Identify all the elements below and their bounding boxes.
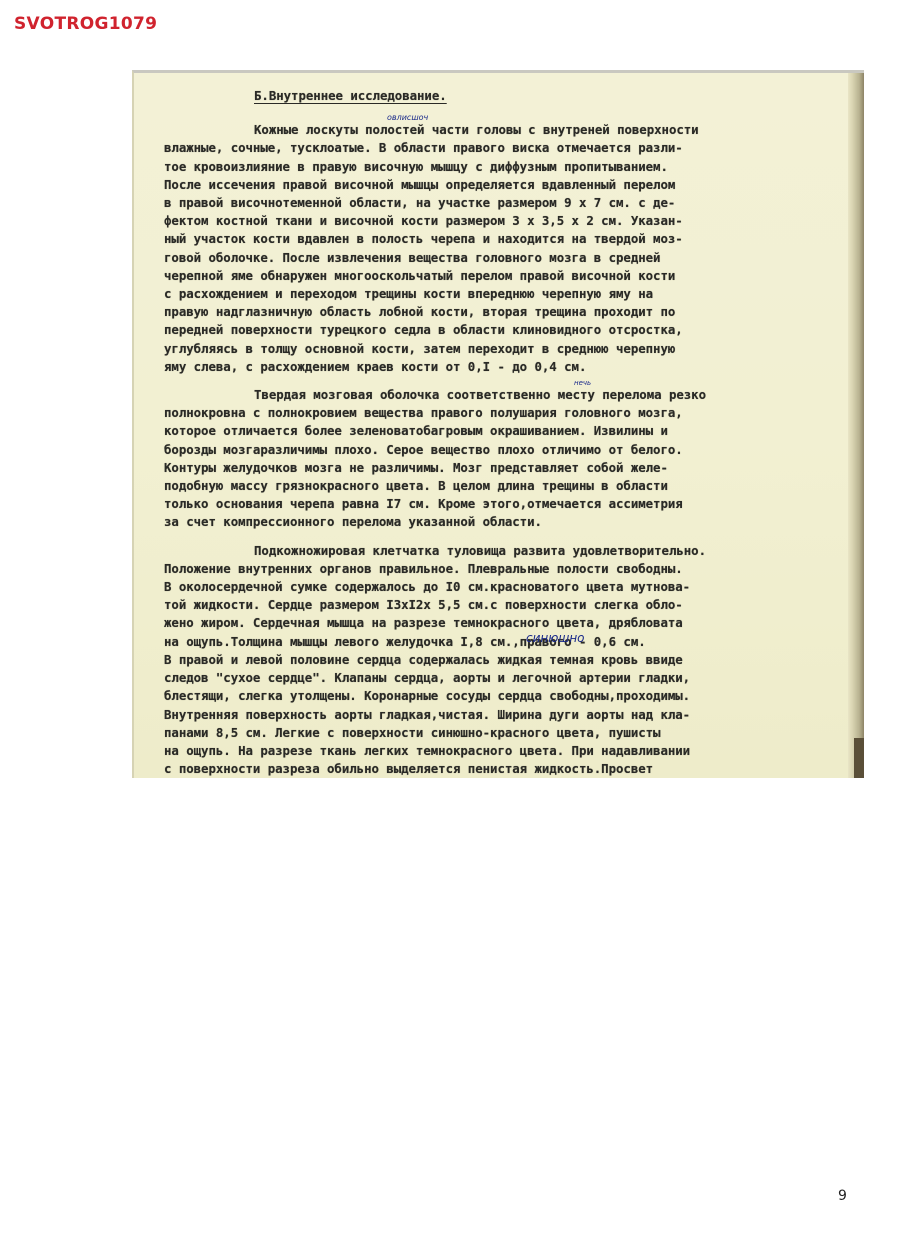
watermark-label: SVOTROG1079 (14, 14, 157, 34)
handwritten-annotation: синюшно (526, 631, 585, 645)
text-line: следов "сухое сердце". Клапаны сердца, а… (164, 669, 832, 687)
text-line: Положение внутренних органов правильное.… (164, 560, 832, 578)
text-line: в правой височнотеменной области, на уча… (164, 194, 832, 212)
text-line: В правой и левой половине сердца содержа… (164, 651, 832, 669)
text-line: углубляясь в толщу основной кости, затем… (164, 340, 832, 358)
text-line: говой оболочке. После извлечения веществ… (164, 249, 832, 267)
text-line: тое кровоизлияние в правую височную мышц… (164, 158, 832, 176)
paragraphs: Кожные лоскуты полостей части головы с в… (164, 121, 832, 778)
text-line: жено жиром. Сердечная мышца на разрезе т… (164, 614, 832, 632)
text-line: с поверхности разреза обильно выделяется… (164, 760, 832, 778)
text-line: В околосердечной сумке содержалось до I0… (164, 578, 832, 596)
text-line: за счет компрессионного перелома указанн… (164, 513, 832, 531)
text-line: той жидкости. Сердце размером I3xI2x 5,5… (164, 596, 832, 614)
text-line: которое отличается более зеленоватобагро… (164, 422, 832, 440)
text-line: передней поверхности турецкого седла в о… (164, 321, 832, 339)
text-line: черепной яме обнаружен многооскольчатый … (164, 267, 832, 285)
text-line: панами 8,5 см. Легкие с поверхности синю… (164, 724, 832, 742)
text-line: с расхождением и переходом трещины кости… (164, 285, 832, 303)
typed-text: Б.Внутреннее исследование. Кожные лоскут… (164, 87, 832, 778)
text-line: борозды мозгаразличимы плохо. Серое веще… (164, 441, 832, 459)
text-line: подобную массу грязнокрасного цвета. В ц… (164, 477, 832, 495)
paragraph: Подкожножировая клетчатка туловища разви… (164, 542, 832, 778)
text-line: Контуры желудочков мозга не различимы. М… (164, 459, 832, 477)
text-line: Твердая мозговая оболочка соответственно… (164, 386, 832, 404)
section-heading: Б.Внутреннее исследование. (254, 87, 832, 105)
page-number: 9 (838, 1188, 847, 1204)
handwritten-annotation: овлисшоч (387, 113, 428, 122)
text-line: ный участок кости вдавлен в полость чере… (164, 230, 832, 248)
text-line: влажные, сочные, тусклоатые. В области п… (164, 139, 832, 157)
text-line: полнокровна с полнокровием вещества прав… (164, 404, 832, 422)
scanned-page: Б.Внутреннее исследование. Кожные лоскут… (132, 70, 864, 778)
text-line: Кожные лоскуты полостей части головы с в… (164, 121, 832, 139)
text-line: Подкожножировая клетчатка туловища разви… (164, 542, 832, 560)
book-spine-edge (848, 73, 864, 778)
text-line: яму слева, с расхождением краев кости от… (164, 358, 832, 376)
text-line: фектом костной ткани и височной кости ра… (164, 212, 832, 230)
text-line: После иссечения правой височной мышцы оп… (164, 176, 832, 194)
text-line: правую надглазничную область лобной кост… (164, 303, 832, 321)
paragraph: Твердая мозговая оболочка соответственно… (164, 386, 832, 532)
text-line: на ощупь. На разрезе ткань легких темнок… (164, 742, 832, 760)
text-line: Внутренняя поверхность аорты гладкая,чис… (164, 706, 832, 724)
handwritten-annotation: нечь (574, 379, 591, 387)
text-line: только основания черепа равна I7 см. Кро… (164, 495, 832, 513)
text-line: блестящи, слегка утолщены. Коронарные со… (164, 687, 832, 705)
text-line: на ощупь.Толщина мышцы левого желудочка … (164, 633, 832, 651)
paragraph: Кожные лоскуты полостей части головы с в… (164, 121, 832, 376)
